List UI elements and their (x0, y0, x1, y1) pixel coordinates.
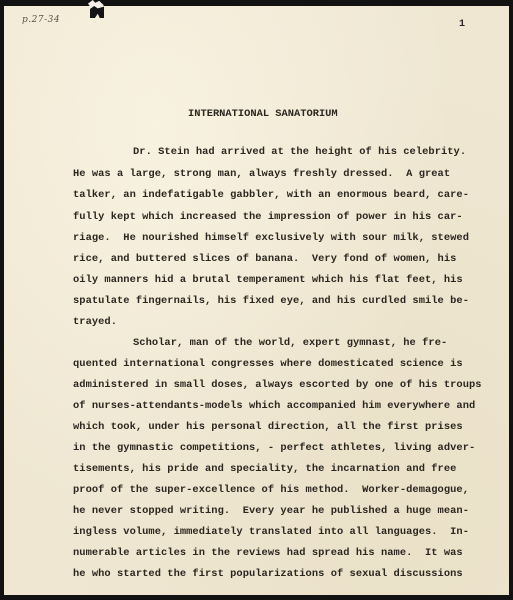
text-line: quented international congresses where d… (73, 357, 463, 371)
scan-frame: p.27-34 1 INTERNATIONAL SANATORIUM Dr. S… (0, 0, 513, 600)
text-line: talker, an indefatigable gabbler, with a… (73, 188, 469, 202)
text-line: ingless volume, immediately translated i… (73, 525, 469, 539)
text-line: proof of the super-excellence of his met… (73, 483, 469, 497)
text-line: administered in small doses, always esco… (73, 378, 482, 392)
text-line: He was a large, strong man, always fresh… (73, 167, 450, 181)
text-line: he never stopped writing. Every year he … (73, 504, 469, 518)
document-title: INTERNATIONAL SANATORIUM (188, 108, 338, 120)
text-line: Dr. Stein had arrived at the height of h… (133, 145, 466, 159)
page-number: 1 (459, 19, 465, 30)
text-line: spatulate fingernails, his fixed eye, an… (73, 294, 469, 308)
pencil-annotation: p.27-34 (22, 15, 60, 25)
text-line: riage. He nourished himself exclusively … (73, 231, 469, 245)
text-line: fully kept which increased the impressio… (73, 210, 463, 224)
text-line: tisements, his pride and speciality, the… (73, 462, 456, 476)
text-line: oily manners hid a brutal temperament wh… (73, 273, 463, 287)
text-line: Scholar, man of the world, expert gymnas… (133, 336, 447, 350)
text-line: which took, under his personal direction… (73, 420, 463, 434)
text-line: of nurses-attendants-models which accomp… (73, 399, 475, 413)
text-line: trayed. (73, 315, 117, 329)
text-line: in the gymnastic competitions, - perfect… (73, 441, 475, 455)
text-line: he who started the first popularizations… (73, 567, 463, 581)
text-line: rice, and buttered slices of banana. Ver… (73, 252, 456, 266)
text-line: numerable articles in the reviews had sp… (73, 546, 463, 560)
